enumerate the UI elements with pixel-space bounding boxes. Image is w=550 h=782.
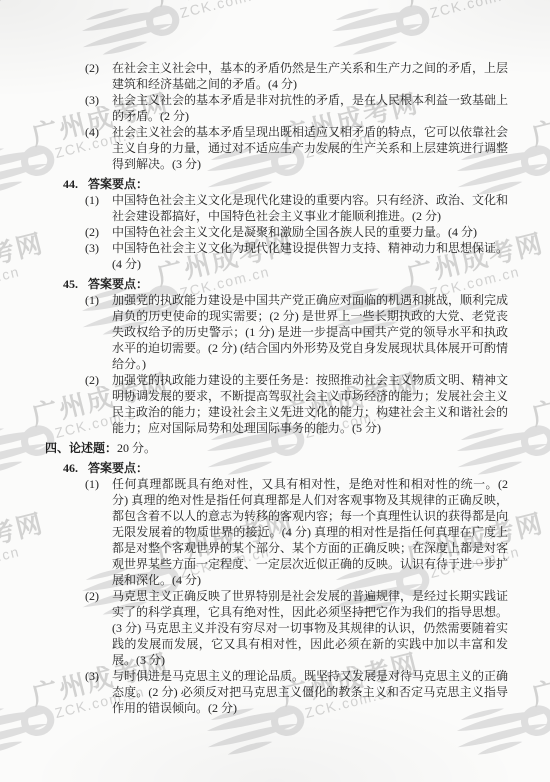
- item-text: 马克思主义正确反映了世界特别是社会发展的普遍规律，是经过长期实践证实了的科学真理…: [112, 589, 508, 667]
- answer-item: (1)中国特色社会主义文化是现代化建设的重要内容。只有经济、政治、文化和社会建设…: [45, 192, 508, 224]
- watermark-text: 广州成考网 ZCK.com.cn: [0, 0, 50, 25]
- item-marker: (2): [85, 224, 99, 240]
- item-text: 加强党的执政能力建设的主要任务是：按照推动社会主义物质文明、精神文明协调发展的要…: [112, 373, 508, 435]
- item-marker: (3): [85, 668, 99, 684]
- answer-document: (2)在社会主义社会中，基本的矛盾仍然是生产关系和生产力之间的矛盾，上层建筑和经…: [45, 60, 508, 716]
- question-heading-label: 答案要点：: [88, 177, 148, 191]
- answer-item: (2)在社会主义社会中，基本的矛盾仍然是生产关系和生产力之间的矛盾，上层建筑和经…: [45, 60, 508, 92]
- question-heading-label: 答案要点：: [88, 277, 148, 291]
- item-text: 社会主义社会的基本矛盾是非对抗性的矛盾，是在人民根本利益一致基础上的矛盾。(2 …: [112, 93, 508, 123]
- answer-item: (2)中国特色社会主义文化是凝聚和激励全国各族人民的重要力量。(4 分): [45, 224, 508, 240]
- item-text: 社会主义社会的基本矛盾呈现出既相适应又相矛盾的特点，它可以依靠社会主义自身的力量…: [112, 125, 508, 171]
- question-heading-44: 44.答案要点：: [45, 176, 508, 192]
- question-number: 46.: [63, 460, 83, 476]
- answer-item: (2)马克思主义正确反映了世界特别是社会发展的普遍规律，是经过长期实践证实了的科…: [45, 588, 508, 668]
- item-text: 中国特色社会主义文化为现代化建设提供智力支持、精神动力和思想保证。(4 分): [112, 241, 508, 271]
- scanned-answer-page: 广州成考网 ZCK.com.cn 广州成考网 ZCK.com.cn 广州成考网 …: [0, 0, 550, 782]
- answer-item: (3)中国特色社会主义文化为现代化建设提供智力支持、精神动力和思想保证。(4 分…: [45, 240, 508, 272]
- answer-item: (1)任何真理都既具有绝对性，又具有相对性，是绝对性和相对性的统一。(2 分) …: [45, 476, 508, 588]
- watermark-site-url: ZCK.com.cn: [428, 0, 550, 21]
- watermark-site-url: ZCK.com.cn: [178, 0, 300, 21]
- item-marker: (2): [85, 372, 99, 388]
- watermark-text: 广州成考网 ZCK.com.cn: [404, 0, 550, 25]
- item-text: 中国特色社会主义文化是现代化建设的重要内容。只有经济、政治、文化和社会建设都搞好…: [112, 193, 508, 223]
- watermark-text: 广州成考网 ZCK.com.cn: [0, 229, 50, 306]
- answer-item: (4)社会主义社会的基本矛盾呈现出既相适应又相矛盾的特点，它可以依靠社会主义自身…: [45, 124, 508, 172]
- question-heading-label: 答案要点：: [88, 461, 148, 475]
- answer-item: (1)加强党的执政能力建设是中国共产党正确应对面临的机遇和挑战，顺利完成肩负的历…: [45, 292, 508, 372]
- question-number: 44.: [63, 176, 83, 192]
- question-heading-45: 45.答案要点：: [45, 276, 508, 292]
- watermark-site-url: ZCK.com.cn: [0, 0, 50, 21]
- part-title-label: 四、论述题：: [45, 441, 117, 455]
- question-number: 45.: [63, 276, 83, 292]
- item-marker: (1): [85, 192, 99, 208]
- watermark-text: 广州成考网 ZCK.com.cn: [0, 509, 50, 586]
- watermark-text: 广州成考网 ZCK.com.cn: [154, 0, 301, 25]
- answer-item: (2)加强党的执政能力建设的主要任务是：按照推动社会主义物质文明、精神文明协调发…: [45, 372, 508, 436]
- item-marker: (1): [85, 476, 99, 492]
- item-text: 加强党的执政能力建设是中国共产党正确应对面临的机遇和挑战，顺利完成肩负的历史使命…: [112, 293, 508, 371]
- question-heading-46: 46.答案要点：: [45, 460, 508, 476]
- item-text: 任何真理都既具有绝对性，又具有相对性，是绝对性和相对性的统一。(2 分) 真理的…: [112, 477, 508, 587]
- item-marker: (1): [85, 292, 99, 308]
- item-marker: (2): [85, 60, 99, 76]
- answer-item: (3)社会主义社会的基本矛盾是非对抗性的矛盾，是在人民根本利益一致基础上的矛盾。…: [45, 92, 508, 124]
- item-marker: (3): [85, 240, 99, 256]
- part-title: 四、论述题：20 分。: [45, 440, 508, 456]
- item-marker: (2): [85, 588, 99, 604]
- item-marker: (3): [85, 92, 99, 108]
- item-marker: (4): [85, 124, 99, 140]
- part-title-score: 20 分。: [117, 441, 156, 455]
- item-text: 与时俱进是马克思主义的理论品质。既坚持又发展是对待马克思主义的正确态度。(2 分…: [112, 669, 508, 715]
- item-text: 中国特色社会主义文化是凝聚和激励全国各族人民的重要力量。(4 分): [112, 225, 477, 239]
- answer-item: (3)与时俱进是马克思主义的理论品质。既坚持又发展是对待马克思主义的正确态度。(…: [45, 668, 508, 716]
- item-text: 在社会主义社会中，基本的矛盾仍然是生产关系和生产力之间的矛盾，上层建筑和经济基础…: [112, 61, 508, 91]
